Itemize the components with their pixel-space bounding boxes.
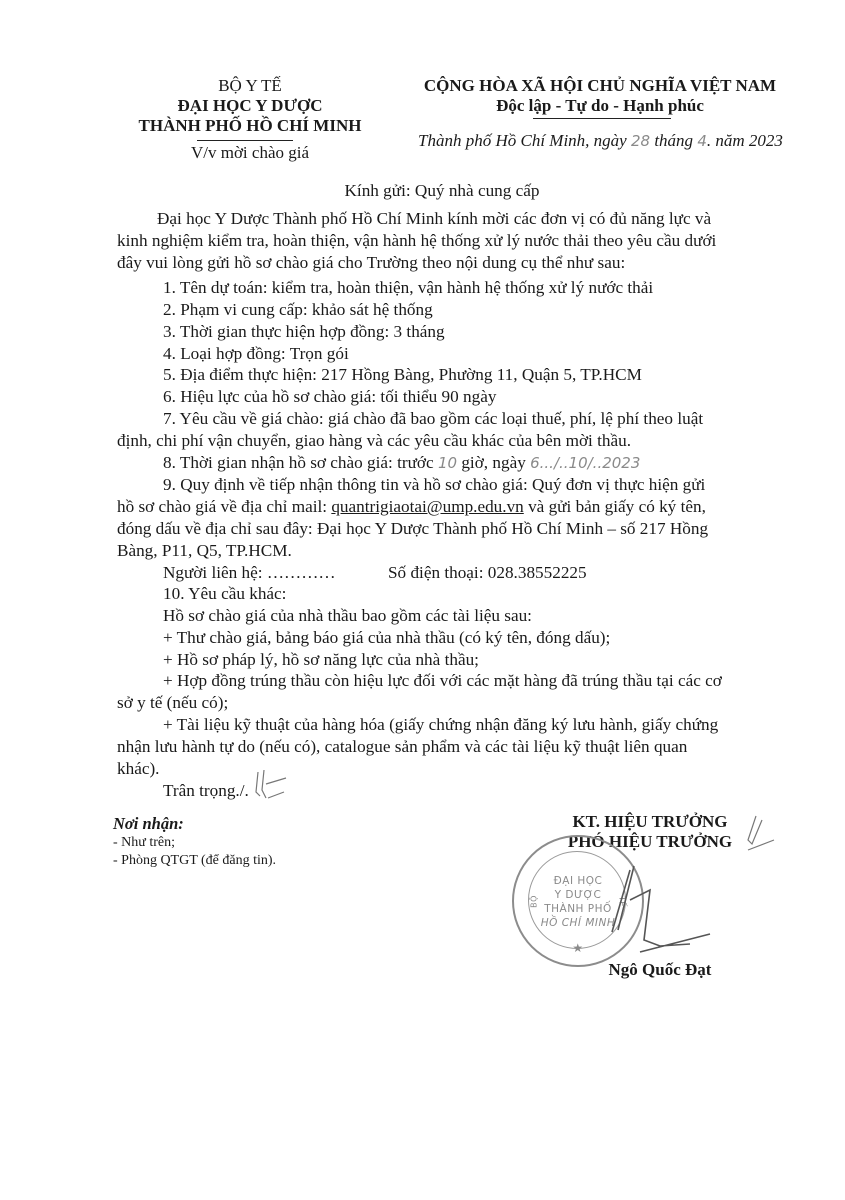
item-9-line-2: hồ sơ chào giá về địa chỉ mail: quantrig… bbox=[117, 496, 767, 518]
item-6: 6. Hiệu lực của hồ sơ chào giá: tối thiể… bbox=[163, 386, 813, 408]
contact-phone: Số điện thoại: 028.38552225 bbox=[388, 562, 587, 584]
recipient-1: - Như trên; bbox=[113, 834, 276, 852]
item-10-req-3-line-1: + Hợp đồng trúng thầu còn hiệu lực đối v… bbox=[163, 670, 813, 692]
date-prefix: Thành phố Hồ Chí Minh, ngày bbox=[418, 131, 627, 150]
salutation: Kính gửi: Quý nhà cung cấp bbox=[117, 180, 767, 202]
document-date: Thành phố Hồ Chí Minh, ngày 28 tháng 4. … bbox=[418, 131, 783, 151]
intro-line-3: đây vui lòng gửi hồ sơ chào giá cho Trườ… bbox=[117, 252, 767, 274]
national-title: CỘNG HÒA XÃ HỘI CHỦ NGHĨA VIỆT NAM bbox=[410, 76, 790, 96]
item-10-req-2: + Hồ sơ pháp lý, hồ sơ năng lực của nhà … bbox=[163, 649, 813, 671]
contact-email-link[interactable]: quantrigiaotai@ump.edu.vn bbox=[331, 497, 523, 516]
item-8-date-handwritten: 6.../..10/..2023 bbox=[530, 454, 640, 472]
item-10-req-4-line-3: khác). bbox=[117, 758, 767, 780]
header-left-divider bbox=[197, 140, 293, 141]
item-10-req-3-line-2: sở y tế (nếu có); bbox=[117, 692, 767, 714]
ministry-name: BỘ Y TẾ bbox=[108, 76, 392, 96]
item-10-req-4-line-2: nhận lưu hành tự do (nếu có), catalogue … bbox=[117, 736, 767, 758]
date-day-handwritten: 28 bbox=[631, 132, 650, 150]
item-3: 3. Thời gian thực hiện hợp đồng: 3 tháng bbox=[163, 321, 813, 343]
item-8-prefix: 8. Thời gian nhận hồ sơ chào giá: trước bbox=[163, 453, 434, 472]
university-name-line1: ĐẠI HỌC Y DƯỢC bbox=[108, 96, 392, 116]
item-9-line-3: đóng dấu về địa chỉ sau đây: Đại học Y D… bbox=[117, 518, 767, 540]
director-signature bbox=[600, 860, 760, 970]
header-right: CỘNG HÒA XÃ HỘI CHỦ NGHĨA VIỆT NAM Độc l… bbox=[410, 76, 790, 116]
national-motto: Độc lập - Tự do - Hạnh phúc bbox=[410, 96, 790, 116]
item-4: 4. Loại hợp đồng: Trọn gói bbox=[163, 343, 813, 365]
item-9-line-4: Bàng, P11, Q5, TP.HCM. bbox=[117, 540, 767, 562]
document-subject: V/v mời chào giá bbox=[108, 143, 392, 163]
initials-scribble bbox=[252, 768, 292, 808]
item-1: 1. Tên dự toán: kiểm tra, hoàn thiện, vậ… bbox=[163, 277, 813, 299]
date-month-handwritten: 4 bbox=[697, 132, 707, 150]
university-name-line2: THÀNH PHỐ HỒ CHÍ MINH bbox=[108, 116, 392, 136]
header-left: BỘ Y TẾ ĐẠI HỌC Y DƯỢC THÀNH PHỐ HỒ CHÍ … bbox=[108, 76, 392, 136]
item-7-line-1: 7. Yêu cầu về giá chào: giá chào đã bao … bbox=[163, 408, 813, 430]
item-8-hour-handwritten: 10 bbox=[438, 454, 457, 472]
header-right-divider bbox=[533, 118, 671, 119]
item-2: 2. Phạm vi cung cấp: khảo sát hệ thống bbox=[163, 299, 813, 321]
signature-title-line1: KT. HIỆU TRƯỞNG bbox=[540, 812, 760, 832]
item-8-mid: giờ, ngày bbox=[461, 453, 525, 472]
recipients-block: Nơi nhận: - Như trên; - Phòng QTGT (để đ… bbox=[113, 814, 276, 870]
intro-line-2: kinh nghiệm kiểm tra, hoàn thiện, vận hà… bbox=[117, 230, 767, 252]
item-9-email-prefix: hồ sơ chào giá về địa chỉ mail: bbox=[117, 497, 327, 516]
item-10-title: 10. Yêu cầu khác: bbox=[163, 583, 813, 605]
recipient-2: - Phòng QTGT (để đăng tin). bbox=[113, 852, 276, 870]
date-year: . năm 2023 bbox=[707, 131, 783, 150]
item-10-req-1: + Thư chào giá, bảng báo giá của nhà thầ… bbox=[163, 627, 813, 649]
item-9-email-suffix: và gửi bản giấy có ký tên, bbox=[528, 497, 706, 516]
date-month-label: tháng bbox=[654, 131, 693, 150]
item-8: 8. Thời gian nhận hồ sơ chào giá: trước … bbox=[163, 452, 813, 475]
item-10-req-4-line-1: + Tài liệu kỹ thuật của hàng hóa (giấy c… bbox=[163, 714, 813, 736]
item-5: 5. Địa điểm thực hiện: 217 Hồng Bàng, Ph… bbox=[163, 364, 813, 386]
recipients-title: Nơi nhận: bbox=[113, 814, 276, 834]
signature-initials-scribble bbox=[742, 810, 782, 860]
signatory-name: Ngô Quốc Đạt bbox=[560, 960, 760, 980]
item-10-intro: Hồ sơ chào giá của nhà thầu bao gồm các … bbox=[163, 605, 813, 627]
intro-line-1: Đại học Y Dược Thành phố Hồ Chí Minh kín… bbox=[157, 208, 807, 230]
item-9-line-1: 9. Quy định về tiếp nhận thông tin và hồ… bbox=[163, 474, 813, 496]
item-7-line-2: định, chi phí vận chuyển, giao hàng và c… bbox=[117, 430, 767, 452]
